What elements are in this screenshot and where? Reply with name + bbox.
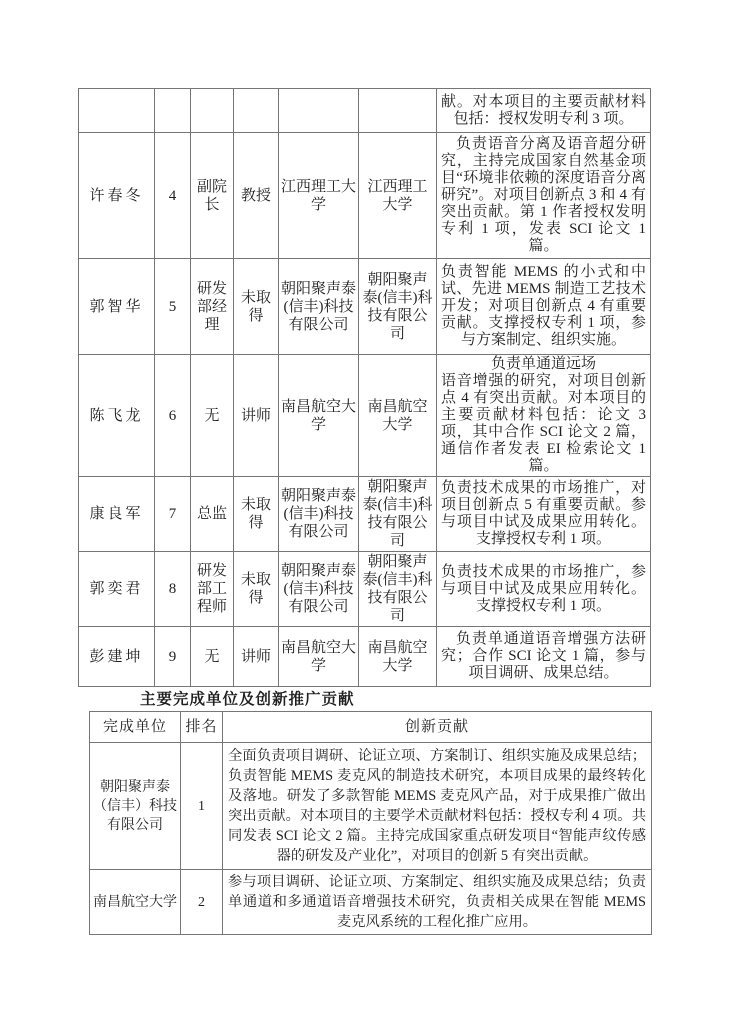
cell-work-unit: 朝阳聚声泰(信丰)科技有限公司 [279,552,359,627]
cell-rank: 9 [155,627,191,687]
cell-name: 郭智华 [79,259,155,355]
cell-position: 研发部工程师 [191,552,234,627]
cell-rank [155,89,191,133]
table-row: 朝阳聚声泰（信丰）科技有限公司 1 全面负责项目调研、论证立项、方案制订、组织实… [90,743,652,870]
cell-title: 未取得 [234,259,279,355]
cell-name: 彭建坤 [79,627,155,687]
cell-position: 研发部经理 [191,259,234,355]
cell-unit: 南昌航空大学 [90,870,181,935]
cell-title: 未取得 [234,552,279,627]
cell-contribution: 参与项目调研、论证立项、方案制定、组织实施及成果总结；负责单通道和多通道语音增强… [223,870,652,935]
cell-title: 讲师 [234,355,279,477]
cell-rank: 8 [155,552,191,627]
cell-completing-unit [359,89,437,133]
cell-rank: 6 [155,355,191,477]
cell-unit: 朝阳聚声泰（信丰）科技有限公司 [90,743,181,870]
cell-completing-unit: 南昌航空大学 [359,627,437,687]
document-page: 献。对本项目的主要贡献材料包括：授权发明专利 3 项。 许春冬 4 副院长 教授… [0,0,730,1032]
table-header-row: 完成单位 排名 创新贡献 [90,712,652,743]
cell-work-unit: 江西理工大学 [279,133,359,259]
table-row: 康良军 7 总监 未取得 朝阳聚声泰(信丰)科技有限公司 朝阳聚声泰(信丰)科技… [79,477,651,552]
cell-rank: 7 [155,477,191,552]
header-unit: 完成单位 [90,712,181,743]
header-contribution: 创新贡献 [223,712,652,743]
cell-completing-unit: 南昌航空大学 [359,355,437,477]
cell-contribution: 负责单通道远场 语音增强的研究，对项目创新点 4 有突出贡献。对本项目的主要贡献… [437,355,651,477]
units-table: 完成单位 排名 创新贡献 朝阳聚声泰（信丰）科技有限公司 1 全面负责项目调研、… [89,711,652,935]
table-row: 郭奕君 8 研发部工程师 未取得 朝阳聚声泰(信丰)科技有限公司 朝阳聚声泰(信… [79,552,651,627]
cell-completing-unit: 朝阳聚声泰(信丰)科技有限公司 [359,552,437,627]
cell-work-unit [279,89,359,133]
cell-contribution: 负责智能 MEMS 的小式和中试、先进 MEMS 制造工艺技术开发；对项目创新点… [437,259,651,355]
cell-name: 许春冬 [79,133,155,259]
cell-title: 讲师 [234,627,279,687]
cell-rank: 1 [181,743,223,870]
cell-contribution: 负责技术成果的市场推广，参与项目中试及成果应用转化。支撑授权专利 1 项。 [437,552,651,627]
table-row: 郭智华 5 研发部经理 未取得 朝阳聚声泰(信丰)科技有限公司 朝阳聚声泰(信丰… [79,259,651,355]
table-row: 南昌航空大学 2 参与项目调研、论证立项、方案制定、组织实施及成果总结；负责单通… [90,870,652,935]
cell-contribution: 负责语音分离及语音超分研究，主持完成国家自然基金项目“环境非依赖的深度语音分离研… [437,133,651,259]
contributors-table: 献。对本项目的主要贡献材料包括：授权发明专利 3 项。 许春冬 4 副院长 教授… [78,88,651,687]
cell-work-unit: 南昌航空大学 [279,627,359,687]
cell-title: 未取得 [234,477,279,552]
cell-position: 总监 [191,477,234,552]
cell-name [79,89,155,133]
table-row: 许春冬 4 副院长 教授 江西理工大学 江西理工大学 负责语音分离及语音超分研究… [79,133,651,259]
cell-completing-unit: 朝阳聚声泰(信丰)科技有限公司 [359,477,437,552]
cell-contribution: 负责技术成果的市场推广，对项目创新点 5 有重要贡献。参与项目中试及成果应用转化… [437,477,651,552]
cell-contribution: 献。对本项目的主要贡献材料包括：授权发明专利 3 项。 [437,89,651,133]
cell-completing-unit: 江西理工大学 [359,133,437,259]
header-rank: 排名 [181,712,223,743]
cell-work-unit: 朝阳聚声泰(信丰)科技有限公司 [279,477,359,552]
cell-name: 康良军 [79,477,155,552]
cell-position: 副院长 [191,133,234,259]
cell-position: 无 [191,355,234,477]
cell-rank: 2 [181,870,223,935]
cell-rank: 5 [155,259,191,355]
cell-name: 郭奕君 [79,552,155,627]
table-row: 献。对本项目的主要贡献材料包括：授权发明专利 3 项。 [79,89,651,133]
cell-position [191,89,234,133]
cell-title: 教授 [234,133,279,259]
table-row: 彭建坤 9 无 讲师 南昌航空大学 南昌航空大学 负责单通道语音增强方法研究；合… [79,627,651,687]
cell-work-unit: 朝阳聚声泰(信丰)科技有限公司 [279,259,359,355]
cell-contribution: 负责单通道语音增强方法研究；合作 SCI 论文 1 篇，参与项目调研、成果总结。 [437,627,651,687]
cell-title [234,89,279,133]
table-row: 陈飞龙 6 无 讲师 南昌航空大学 南昌航空大学 负责单通道远场 语音增强的研究… [79,355,651,477]
cell-contribution: 全面负责项目调研、论证立项、方案制订、组织实施及成果总结；负责智能 MEMS 麦… [223,743,652,870]
cell-position: 无 [191,627,234,687]
section-title: 主要完成单位及创新推广贡献 [140,687,355,709]
cell-completing-unit: 朝阳聚声泰(信丰)科技有限公司 [359,259,437,355]
cell-name: 陈飞龙 [79,355,155,477]
cell-work-unit: 南昌航空大学 [279,355,359,477]
cell-rank: 4 [155,133,191,259]
